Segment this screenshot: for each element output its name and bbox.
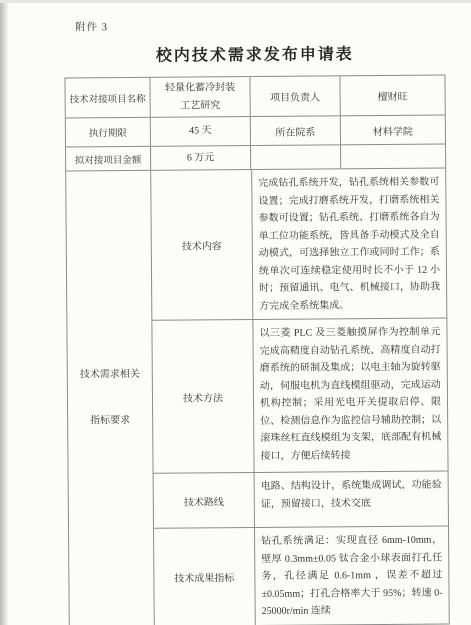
field-value-department: 材料学院 bbox=[340, 116, 445, 145]
table-row-technical-outcome-indicators: 技术成果指标 钻孔系统满足：实现直径 6mm-10mm，壁厚 0.3mm±0.0… bbox=[154, 525, 449, 625]
field-label-technical-method: 技术方法 bbox=[152, 320, 253, 473]
table-row-technical-route: 技术路线 电路、结构设计，系统集成调试，功能验证，预留接口，技术交底 bbox=[154, 470, 448, 527]
table-row-project-name: 技术对接项目名称 轻量化蓄冷封装 工艺研究 项目负责人 檀财旺 bbox=[65, 76, 444, 118]
table-row-budget: 拟对接项目金额 6 万元 bbox=[66, 144, 445, 171]
field-label-budget: 拟对接项目金额 bbox=[66, 147, 150, 171]
field-value-technical-outcome-indicators: 钻孔系统满足：实现直径 6mm-10mm，壁厚 0.3mm±0.05 钛合金小球… bbox=[254, 526, 449, 624]
empty-cell bbox=[250, 145, 340, 169]
field-label-technical-content: 技术内容 bbox=[151, 170, 252, 320]
field-value-project-name: 轻量化蓄冷封装 工艺研究 bbox=[149, 77, 249, 117]
attachment-label: 附件 3 bbox=[75, 17, 445, 35]
scanned-document-page: 附件 3 校内技术需求发布申请表 技术对接项目名称 轻量化蓄冷封装 工艺研究 项… bbox=[0, 0, 471, 625]
field-value-technical-route: 电路、结构设计，系统集成调试，功能验证，预留接口，技术交底 bbox=[254, 471, 448, 527]
scan-edge-shadow-left bbox=[0, 0, 9, 625]
empty-cell bbox=[340, 145, 445, 169]
table-row-technical-content: 技术内容 完成钻孔系统开发，钻孔系统相关参数可设置；完成打磨系统开发，打磨系统相… bbox=[151, 169, 446, 320]
application-form-table: 技术对接项目名称 轻量化蓄冷封装 工艺研究 项目负责人 檀财旺 执行期限 45 … bbox=[64, 75, 449, 625]
table-row-duration: 执行期限 45 天 所在院系 材料学院 bbox=[66, 115, 445, 147]
requirements-section: 技术需求相关 指标要求 技术内容 完成钻孔系统开发，钻孔系统相关参数可设置；完成… bbox=[66, 168, 449, 625]
field-label-department: 所在院系 bbox=[250, 116, 340, 145]
field-value-project-leader: 檀财旺 bbox=[339, 76, 444, 116]
requirements-rows: 技术内容 完成钻孔系统开发，钻孔系统相关参数可设置；完成打磨系统开发，打磨系统相… bbox=[150, 169, 449, 625]
field-label-duration: 执行期限 bbox=[66, 118, 150, 147]
field-label-project-leader: 项目负责人 bbox=[249, 76, 339, 116]
requirements-group-label: 技术需求相关 指标要求 bbox=[66, 171, 154, 625]
field-value-budget: 6 万元 bbox=[150, 146, 250, 170]
field-label-technical-outcome-indicators: 技术成果指标 bbox=[154, 528, 255, 625]
field-label-technical-route: 技术路线 bbox=[154, 473, 254, 528]
table-row-technical-method: 技术方法 以三菱 PLC 及三菱触摸屏作为控制单元完成高精度自动钻孔系统、高精度… bbox=[152, 318, 447, 473]
scan-edge-shadow-top bbox=[0, 0, 471, 3]
page-title: 校内技术需求发布申请表 bbox=[64, 41, 445, 67]
field-value-technical-content: 完成钻孔系统开发，钻孔系统相关参数可设置；完成打磨系统开发，打磨系统相关参数可设… bbox=[251, 169, 446, 320]
field-value-duration: 45 天 bbox=[150, 117, 250, 146]
field-label-project-name: 技术对接项目名称 bbox=[65, 78, 149, 118]
document-content: 附件 3 校内技术需求发布申请表 技术对接项目名称 轻量化蓄冷封装 工艺研究 项… bbox=[64, 17, 450, 625]
field-value-technical-method: 以三菱 PLC 及三菱触摸屏作为控制单元完成高精度自动钻孔系统、高精度自动打磨系… bbox=[252, 319, 447, 473]
